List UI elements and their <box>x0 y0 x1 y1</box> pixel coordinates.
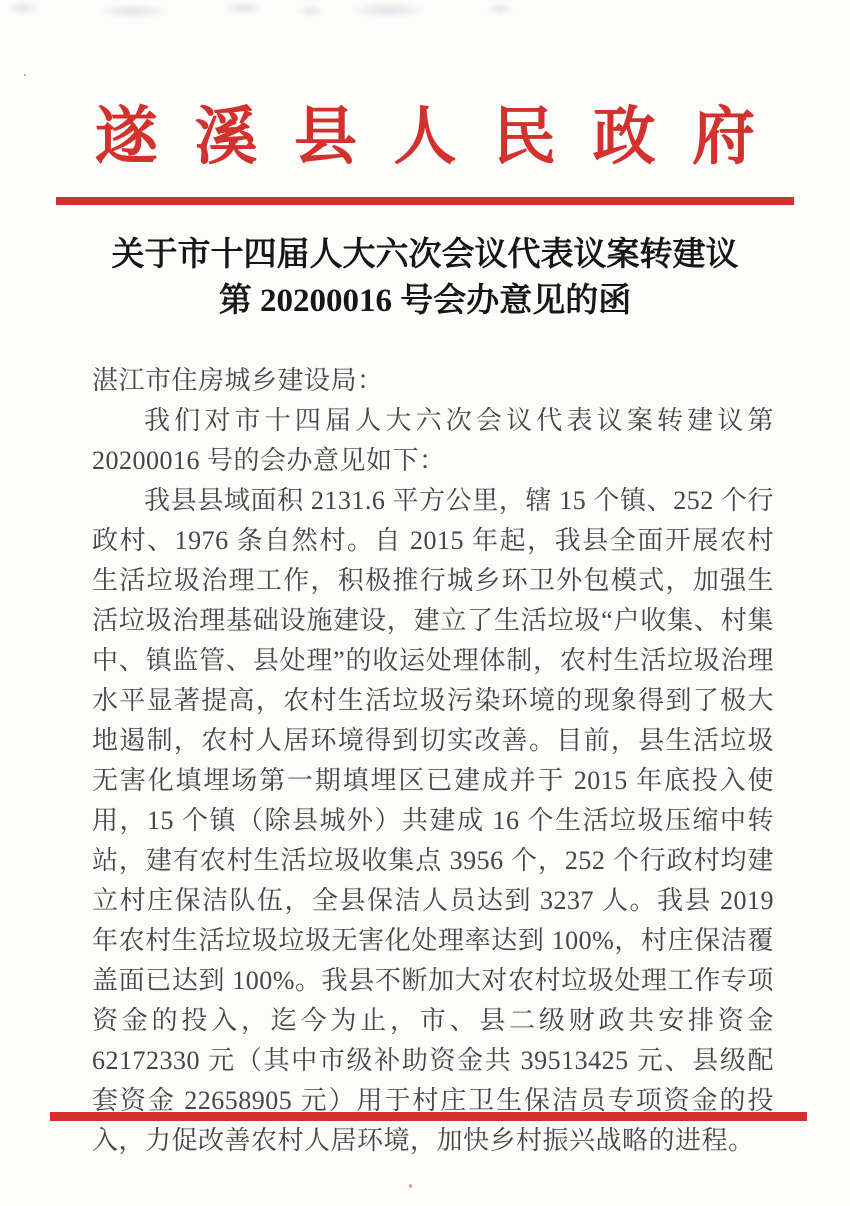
document-title-line1: 关于市十四届人大六次会议代表议案转建议 <box>0 232 850 278</box>
scan-speck <box>24 74 26 76</box>
body-paragraph: 我县县域面积 2131.6 平方公里，辖 15 个镇、252 个行政村、1976… <box>92 481 774 1161</box>
document-title: 关于市十四届人大六次会议代表议案转建议 第 20200016 号会办意见的函 <box>0 232 850 324</box>
footer-double-rule <box>50 1112 807 1121</box>
scanned-letter-page: 遂溪县人民政府 关于市十四届人大六次会议代表议案转建议 第 20200016 号… <box>0 0 850 1206</box>
letterhead-agency-name: 遂溪县人民政府 <box>0 0 850 170</box>
header-double-rule <box>56 197 794 205</box>
body-paragraph: 我们对市十四届人大六次会议代表议案转建议第 20200016 号的会办意见如下： <box>92 401 774 481</box>
salutation: 湛江市住房城乡建设局： <box>92 361 774 401</box>
scan-smudge <box>6 2 40 14</box>
scan-smudge <box>486 4 514 14</box>
scan-smudge <box>352 2 426 18</box>
scan-smudge <box>224 2 262 14</box>
scan-smudge <box>298 6 324 16</box>
document-title-line2: 第 20200016 号会办意见的函 <box>0 278 850 324</box>
scan-speck <box>409 1184 412 1188</box>
letter-body: 湛江市住房城乡建设局： 我们对市十四届人大六次会议代表议案转建议第 202000… <box>92 361 774 1161</box>
scan-smudge <box>98 4 168 18</box>
